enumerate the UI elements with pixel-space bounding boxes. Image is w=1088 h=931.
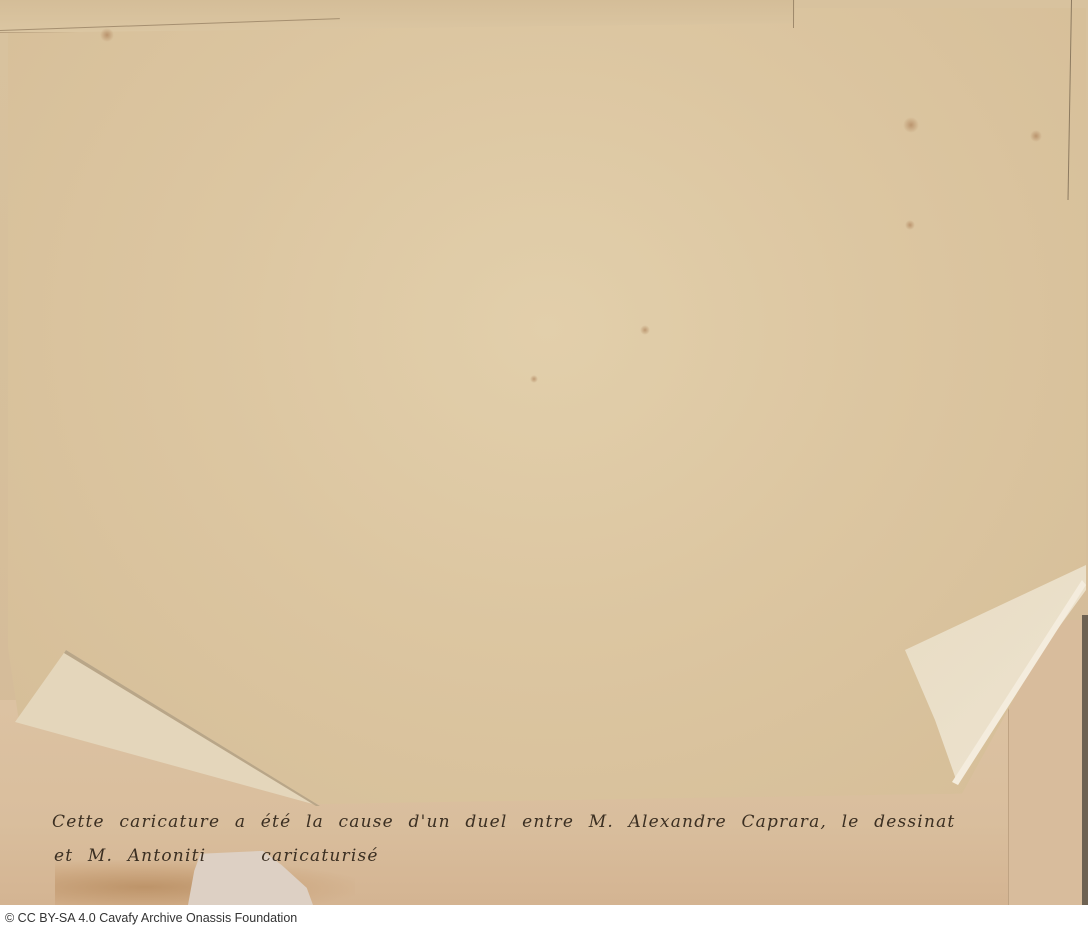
foxing-spot [640,325,650,335]
handwritten-line-1: Cette caricature a été la cause d'un due… [52,805,1012,839]
foxing-spot [100,28,114,42]
top-fold-line [793,0,794,28]
handwritten-line-2: et M. Antoniticaricaturisé [52,839,1012,873]
foxing-spot [903,117,919,133]
handwritten-line-2-part-1: et M. Antoniti [54,846,206,866]
copyright-credit: © CC BY-SA 4.0 Cavafy Archive Onassis Fo… [0,905,1088,931]
foxing-spot [905,220,915,230]
document-scan: Cette caricature a été la cause d'un due… [0,0,1088,905]
handwritten-note: Cette caricature a été la cause d'un due… [52,805,1012,873]
handwritten-line-2-part-2: caricaturisé [261,846,378,866]
foxing-spot [530,375,538,383]
foxing-spot [1030,130,1042,142]
right-mount-edge [1082,615,1088,905]
